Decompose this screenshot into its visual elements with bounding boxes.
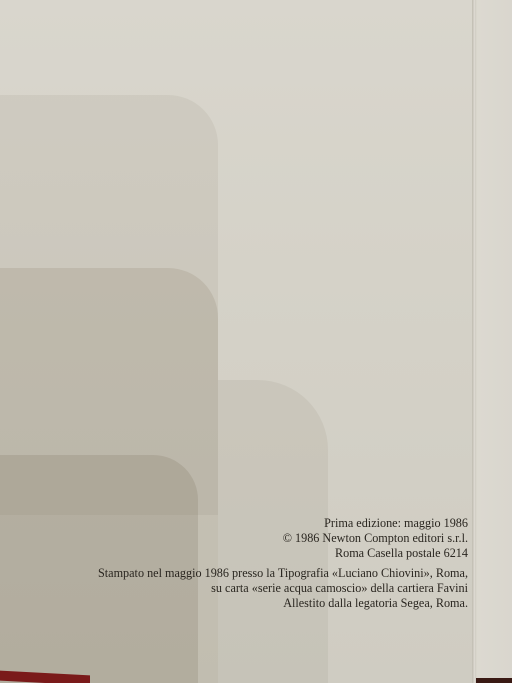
page-edge [472,0,475,683]
printing-info: Stampato nel maggio 1986 presso la Tipog… [40,566,468,612]
address-line: Roma Casella postale 6214 [40,546,468,561]
adjacent-page [474,0,512,683]
paper-line: su carta «serie acqua camoscio» della ca… [40,581,468,596]
printer-line: Stampato nel maggio 1986 presso la Tipog… [40,566,468,581]
edition-info: Prima edizione: maggio 1986 © 1986 Newto… [40,516,468,562]
first-edition-line: Prima edizione: maggio 1986 [40,516,468,531]
binding-line: Allestito dalla legatoria Segea, Roma. [40,596,468,611]
book-cover-corner [476,678,512,683]
copyright-line: © 1986 Newton Compton editori s.r.l. [40,531,468,546]
